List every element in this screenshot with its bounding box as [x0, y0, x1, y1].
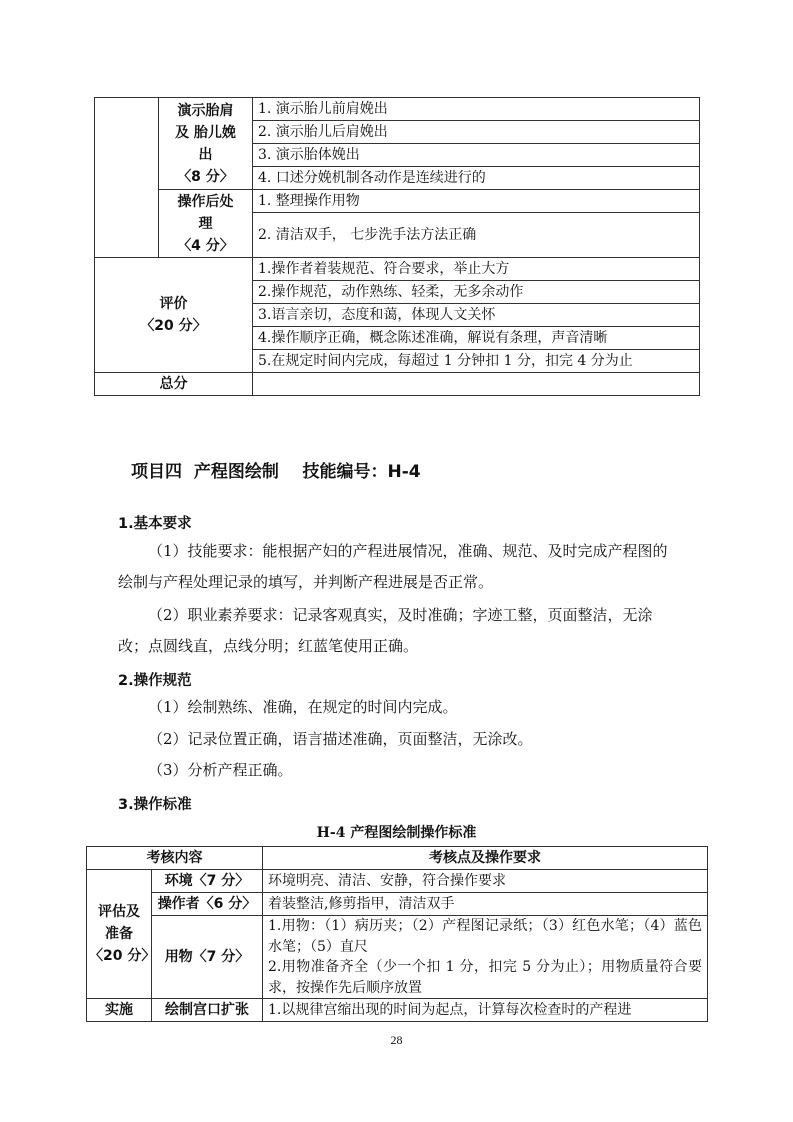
label-line: 〈8 分〉 [164, 166, 247, 188]
criteria-item: 2. 清洁双手， 七步洗手法方法正确 [253, 213, 700, 258]
evaluation-label: 评价 〈20 分〉 [95, 258, 253, 373]
requirement-text: 1.用物：（1）病历夹；（2）产程图记录纸；（3）红色水笔；（4）蓝色水笔；（5… [263, 916, 708, 999]
page-number: 28 [0, 1033, 793, 1048]
evaluation-item: 5.在规定时间内完成，每超过 1 分钟扣 1 分，扣完 4 分为止 [253, 350, 700, 373]
header-assessment-content: 考核内容 [87, 847, 263, 870]
requirement-line: 1.用物：（1）病历夹；（2）产程图记录纸；（3）红色水笔；（4）蓝色水笔；（5… [268, 916, 702, 957]
label-line: 〈20 分〉 [89, 945, 149, 967]
criteria-item: 2. 演示胎儿后肩娩出 [253, 121, 700, 144]
blank-category-cell [95, 98, 159, 258]
label-line: 及 胎儿娩 [164, 122, 247, 144]
evaluation-item: 4.操作顺序正确，概念陈述准确，解说有条理，声音清晰 [253, 327, 700, 350]
section-heading: 1.基本要求 [118, 512, 192, 533]
project-title: 项目四 产程图绘制 技能编号：H-4 [131, 457, 421, 482]
operation-standard-table: 考核内容 考核点及操作要求 评估及 准备 〈20 分〉 环境〈7 分〉 环境明亮… [86, 846, 708, 1022]
paragraph: （3）分析产程正确。 [118, 755, 678, 786]
evaluation-item: 2.操作规范，动作熟练、轻柔，无多余动作 [253, 281, 700, 304]
implementation-label: 实施 [87, 999, 152, 1022]
requirement-text: 着装整洁,修剪指甲，清洁双手 [263, 893, 708, 916]
total-score-label: 总分 [95, 373, 253, 396]
section-heading: 2.操作规范 [118, 669, 192, 690]
item-operator: 操作者〈6 分〉 [152, 893, 263, 916]
paragraph: （2）职业素养要求：记录客观真实，及时准确；字迹工整，页面整洁，无涂改；点圆线直… [118, 600, 678, 662]
requirement-line: 2.用物准备齐全（少一个扣 1 分，扣完 5 分为止）；用物质量符合要求，按操作… [268, 957, 702, 998]
label-line: 〈20 分〉 [100, 315, 247, 337]
item-environment: 环境〈7 分〉 [152, 870, 263, 893]
label-line: 操作后处 [164, 191, 247, 213]
total-score-value [253, 373, 700, 396]
label-line: 评估及 [89, 901, 149, 923]
label-line: 评价 [100, 293, 247, 315]
item-supplies: 用物〈7 分〉 [152, 916, 263, 999]
evaluation-item: 3.语言亲切，态度和蔼，体现人文关怀 [253, 304, 700, 327]
criteria-item: 4. 口述分娩机制各动作是连续进行的 [253, 167, 700, 190]
label-line: 理 [164, 213, 247, 235]
requirement-text: 1.以规律宫缩出现的时间为起点，计算每次检查时的产程进 [263, 999, 708, 1022]
paragraph: （1）技能要求：能根据产妇的产程进展情况，准确、规范、及时完成产程图的绘制与产程… [118, 536, 678, 598]
post-operation-label: 操作后处 理 〈4 分〉 [159, 190, 253, 258]
label-line: 出 [164, 144, 247, 166]
evaluation-item: 1.操作者着装规范、符合要求，举止大方 [253, 258, 700, 281]
criteria-item: 1. 演示胎儿前肩娩出 [253, 98, 700, 121]
label-line: 准备 [89, 923, 149, 945]
label-line: 演示胎肩 [164, 100, 247, 122]
fetal-shoulder-label: 演示胎肩 及 胎儿娩 出 〈8 分〉 [159, 98, 253, 190]
top-score-table: 演示胎肩 及 胎儿娩 出 〈8 分〉 1. 演示胎儿前肩娩出 2. 演示胎儿后肩… [94, 97, 700, 396]
table-caption: H-4 产程图绘制操作标准 [0, 822, 793, 842]
criteria-item: 3. 演示胎体娩出 [253, 144, 700, 167]
section-heading: 3.操作标准 [118, 793, 192, 814]
assessment-prep-label: 评估及 准备 〈20 分〉 [87, 870, 152, 999]
header-assessment-requirements: 考核点及操作要求 [263, 847, 708, 870]
paragraph: （2）记录位置正确，语言描述准确，页面整洁，无涂改。 [118, 724, 678, 755]
label-line: 〈4 分〉 [164, 235, 247, 257]
paragraph: （1）绘制熟练、准确，在规定的时间内完成。 [118, 692, 678, 723]
criteria-item: 1. 整理操作用物 [253, 190, 700, 213]
requirement-text: 环境明亮、清洁、安静，符合操作要求 [263, 870, 708, 893]
item-cervical-dilation: 绘制宫口扩张 [152, 999, 263, 1022]
